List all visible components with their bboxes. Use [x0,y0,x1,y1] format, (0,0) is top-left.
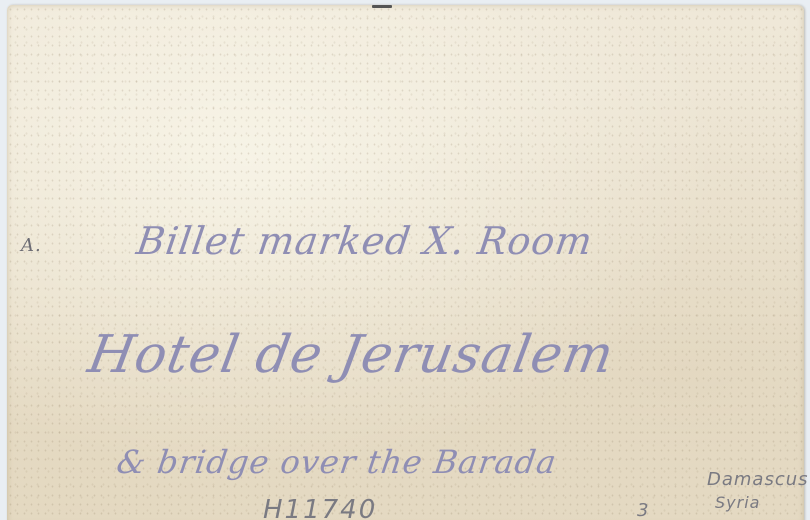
page-number: 3 [637,500,649,520]
inscription-line-3: & bridge over the Barada [114,443,559,481]
place-city: Damascus [707,469,809,490]
catalog-number: H11740 [263,495,377,520]
inscription-line-2: Hotel de Jerusalem [84,325,619,385]
inscription-line-1: Billet marked X. Room [134,219,596,263]
photo-back: A. Billet marked X. Room Hotel de Jerusa… [7,5,804,520]
place-country: Syria [715,493,760,512]
margin-mark: A. [21,235,42,256]
tape-mark [372,5,392,8]
